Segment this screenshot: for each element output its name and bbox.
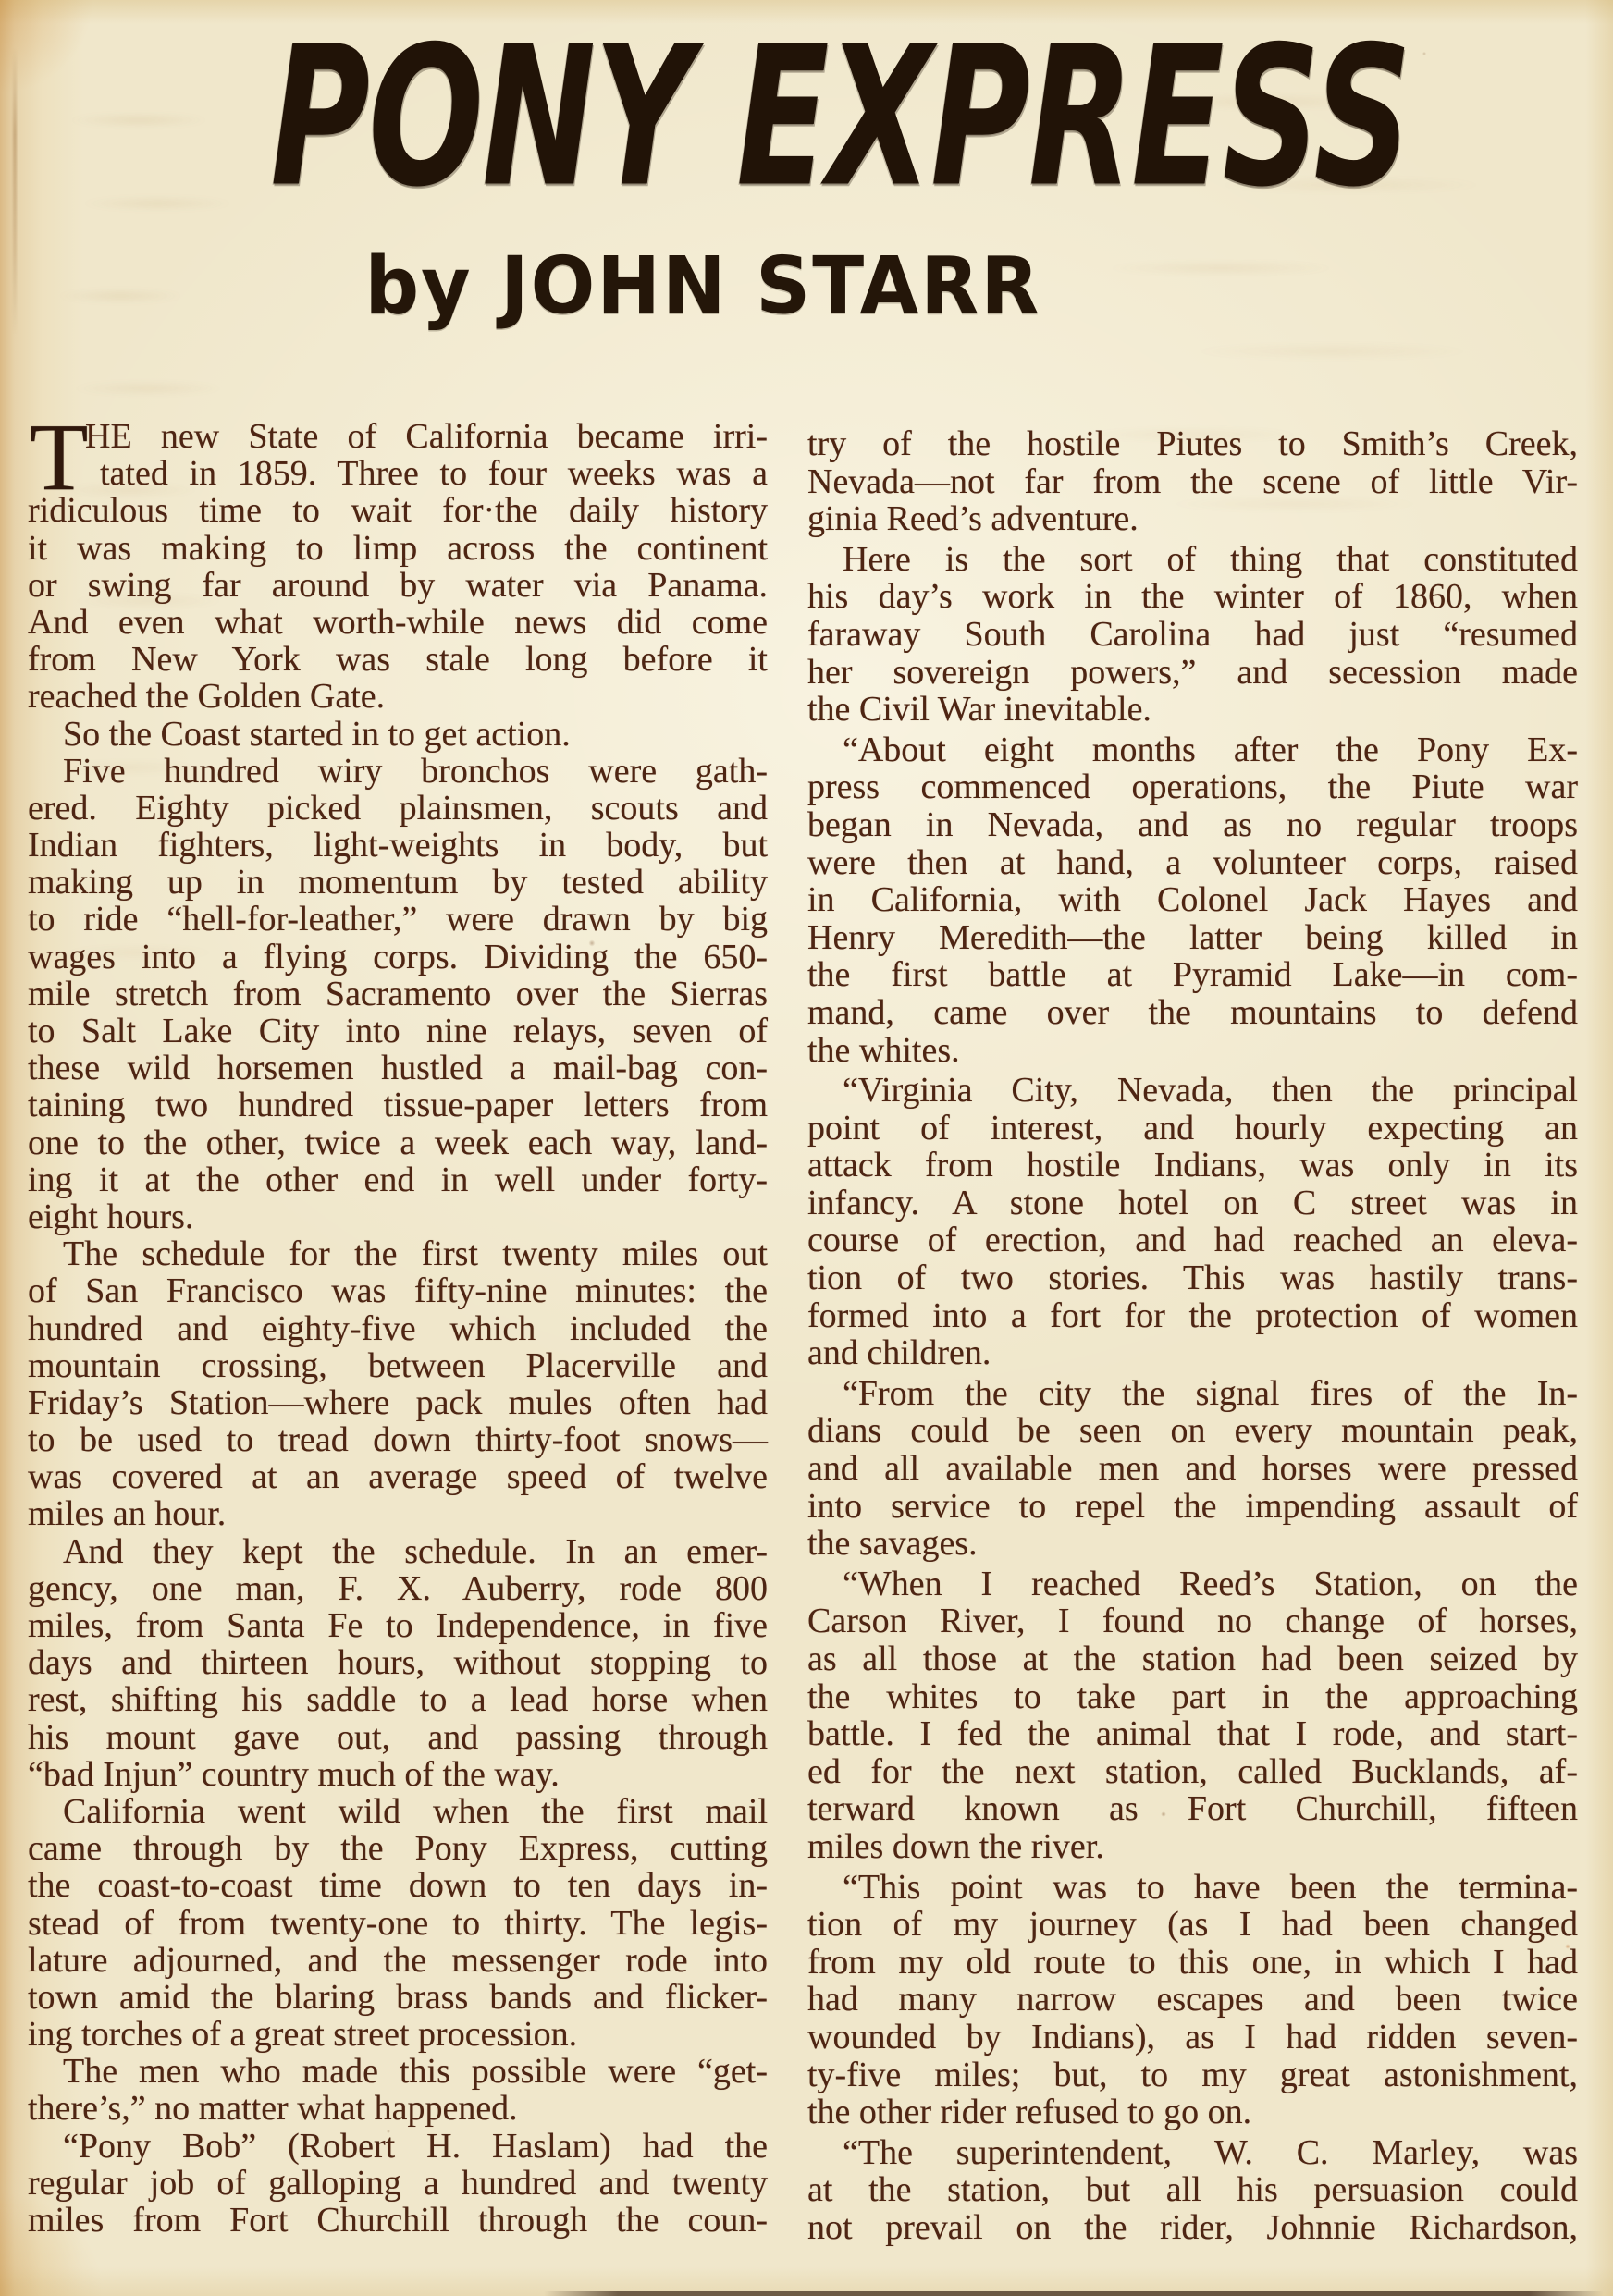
text-line: Henry Meredith—the latter being killed i… [807,919,1578,957]
text-line: miles an hour. [28,1495,768,1532]
paragraph: And they kept the schedule. In an emer-g… [28,1533,768,1793]
text-line: reached the Golden Gate. [28,678,768,715]
text-line: try of the hostile Piutes to Smith’s Cre… [807,425,1578,463]
column-left: THE new State of California became irri-… [28,418,768,2247]
text-line: regular job of galloping a hundred and t… [28,2165,768,2202]
text-line: from New York was stale long before it [28,641,768,678]
text-line: and children. [807,1334,1578,1372]
text-line: “When I reached Reed’s Station, on the [807,1565,1578,1603]
text-line: faraway South Carolina had just “resumed [807,616,1578,654]
column-right: try of the hostile Piutes to Smith’s Cre… [807,418,1578,2247]
text-line: came through by the Pony Express, cuttin… [28,1830,768,1867]
text-line: of San Francisco was fifty-nine minutes:… [28,1272,768,1309]
text-line: Indian fighters, light-weights in body, … [28,827,768,864]
page-edge-shadow [544,2291,1604,2296]
text-line: battle. I fed the animal that I rode, an… [807,1715,1578,1753]
text-line: point of interest, and hourly expecting … [807,1110,1578,1148]
text-line: the other rider refused to go on. [807,2093,1578,2131]
text-line: ed for the next station, called Buckland… [807,1753,1578,1791]
text-line: stead of from twenty-one to thirty. The … [28,1905,768,1942]
text-line: at the station, but all his persuasion c… [807,2171,1578,2209]
text-line: Nevada—not far from the scene of little … [807,463,1578,501]
text-line: California went wild when the first mail [28,1793,768,1830]
text-line: “Virginia City, Nevada, then the princip… [807,1072,1578,1110]
text-line: or swing far around by water via Panama. [28,567,768,604]
text-line: ginia Reed’s adventure. [807,500,1578,538]
text-line: the Civil War inevitable. [807,691,1578,729]
text-line: tated in 1859. Three to four weeks was a [28,455,768,492]
text-line: miles from Fort Churchill through the co… [28,2202,768,2239]
text-line: the savages. [807,1525,1578,1563]
text-line: press commenced operations, the Piute wa… [807,768,1578,806]
text-line: Carson River, I found no change of horse… [807,1602,1578,1640]
text-line: his day’s work in the winter of 1860, wh… [807,578,1578,616]
paragraph: THE new State of California became irri-… [28,418,768,716]
paragraph: try of the hostile Piutes to Smith’s Cre… [807,425,1578,538]
article-columns: THE new State of California became irri-… [28,418,1578,2247]
text-line: ing it at the other end in well under fo… [28,1161,768,1198]
text-line: rest, shifting his saddle to a lead hors… [28,1681,768,1718]
text-line: eight hours. [28,1198,768,1235]
text-line: ing torches of a great street procession… [28,2016,768,2053]
text-line: were then at hand, a volunteer corps, ra… [807,844,1578,882]
paragraph: Five hundred wiry bronchos were gath-ere… [28,753,768,1235]
text-line: in California, with Colonel Jack Hayes a… [807,881,1578,919]
text-line: the whites. [807,1032,1578,1070]
text-line: mountain crossing, between Placerville a… [28,1347,768,1384]
text-line: “Pony Bob” (Robert H. Haslam) had the [28,2128,768,2165]
text-line: was covered at an average speed of twelv… [28,1458,768,1495]
paragraph: “Virginia City, Nevada, then the princip… [807,1072,1578,1372]
text-line: Here is the sort of thing that constitut… [807,541,1578,579]
text-line: the coast-to-coast time down to ten days… [28,1867,768,1904]
text-line: mand, came over the mountains to defend [807,994,1578,1032]
text-line: attack from hostile Indians, was only in… [807,1147,1578,1185]
paragraph: “The superintendent, W. C. Marley, wasat… [807,2134,1578,2247]
paragraph: “When I reached Reed’s Station, on theCa… [807,1565,1578,1866]
text-line: one to the other, twice a week each way,… [28,1124,768,1161]
text-line: as all those at the station had been sei… [807,1640,1578,1678]
text-line: her sovereign powers,” and secession mad… [807,654,1578,692]
text-line: formed into a fort for the protection of… [807,1297,1578,1335]
text-line: miles down the river. [807,1828,1578,1866]
text-line: wages into a flying corps. Dividing the … [28,939,768,976]
text-line: to ride “hell-for-leather,” were drawn b… [28,901,768,938]
text-line: the first battle at Pyramid Lake—in com- [807,956,1578,994]
text-line: ty-five miles; but, to my great astonish… [807,2057,1578,2094]
drop-cap-letter: T [30,410,89,506]
magazine-page: { "masthead": { "title": "PONY EXPRESS",… [0,0,1613,2296]
text-line: there’s,” no matter what happened. [28,2090,768,2127]
text-line: to be used to tread down thirty-foot sno… [28,1421,768,1458]
text-line: miles, from Santa Fe to Independence, in… [28,1607,768,1644]
text-line: “This point was to have been the termina… [807,1869,1578,1907]
text-line: “bad Injun” country much of the way. [28,1756,768,1793]
text-line: dians could be seen on every mountain pe… [807,1412,1578,1450]
text-line: and all available men and horses were pr… [807,1450,1578,1488]
masthead: PONY EXPRESS by JOHN STARR [0,21,1613,324]
paragraph: So the Coast started in to get action. [28,716,768,753]
text-line: “From the city the signal fires of the I… [807,1375,1578,1413]
text-line: began in Nevada, and as no regular troop… [807,806,1578,844]
text-line: The men who made this possible were “get… [28,2053,768,2090]
text-line: The schedule for the first twenty miles … [28,1235,768,1272]
text-line: mile stretch from Sacramento over the Si… [28,976,768,1013]
text-line: wounded by Indians), as I had ridden sev… [807,2019,1578,2057]
text-line: And they kept the schedule. In an emer- [28,1533,768,1570]
text-line: lature adjourned, and the messenger rode… [28,1942,768,1979]
text-line: town amid the blaring brass bands and fl… [28,1979,768,2016]
text-line: Five hundred wiry bronchos were gath- [28,753,768,790]
paragraph: Here is the sort of thing that constitut… [807,541,1578,729]
text-line: Friday’s Station—where pack mules often … [28,1384,768,1421]
text-line: had many narrow escapes and been twice [807,1981,1578,2019]
text-line: the whites to take part in the approachi… [807,1678,1578,1716]
text-line: days and thirteen hours, without stoppin… [28,1644,768,1681]
text-line: infancy. A stone hotel on C street was i… [807,1185,1578,1222]
text-line: tion of my journey (as I had been change… [807,1906,1578,1944]
paragraph: The schedule for the first twenty miles … [28,1235,768,1533]
text-line: from my old route to this one, in which … [807,1944,1578,1982]
text-line: “About eight months after the Pony Ex- [807,731,1578,769]
text-line: gency, one man, F. X. Auberry, rode 800 [28,1570,768,1607]
text-line: ridiculous time to wait for·the daily hi… [28,492,768,529]
text-line: HE new State of California became irri- [28,418,768,455]
text-line: “The superintendent, W. C. Marley, was [807,2134,1578,2172]
text-line: to Salt Lake City into nine relays, seve… [28,1013,768,1050]
text-line: hundred and eighty-five which included t… [28,1310,768,1347]
article-title: PONY EXPRESS [270,21,1410,215]
text-line: So the Coast started in to get action. [28,716,768,753]
text-line: making up in momentum by tested ability [28,864,768,901]
paragraph: California went wild when the first mail… [28,1793,768,2053]
paragraph: “From the city the signal fires of the I… [807,1375,1578,1563]
paragraph: “This point was to have been the termina… [807,1869,1578,2131]
text-line: tion of two stories. This was hastily tr… [807,1259,1578,1297]
text-line: course of erection, and had reached an e… [807,1222,1578,1259]
text-line: ered. Eighty picked plainsmen, scouts an… [28,790,768,827]
text-line: taining two hundred tissue-paper letters… [28,1087,768,1123]
text-line: not prevail on the rider, Johnnie Richar… [807,2209,1578,2247]
paragraph: “Pony Bob” (Robert H. Haslam) had thereg… [28,2128,768,2240]
text-line: terward known as Fort Churchill, fifteen [807,1790,1578,1828]
text-line: his mount gave out, and passing through [28,1719,768,1756]
text-line: these wild horsemen hustled a mail-bag c… [28,1050,768,1087]
text-line: it was making to limp across the contine… [28,530,768,567]
article-byline: by JOHN STARR [0,248,1509,326]
paragraph: “About eight months after the Pony Ex-pr… [807,731,1578,1069]
text-line: into service to repel the impending assa… [807,1488,1578,1526]
paragraph: The men who made this possible were “get… [28,2053,768,2127]
text-line: And even what worth-while news did come [28,604,768,641]
